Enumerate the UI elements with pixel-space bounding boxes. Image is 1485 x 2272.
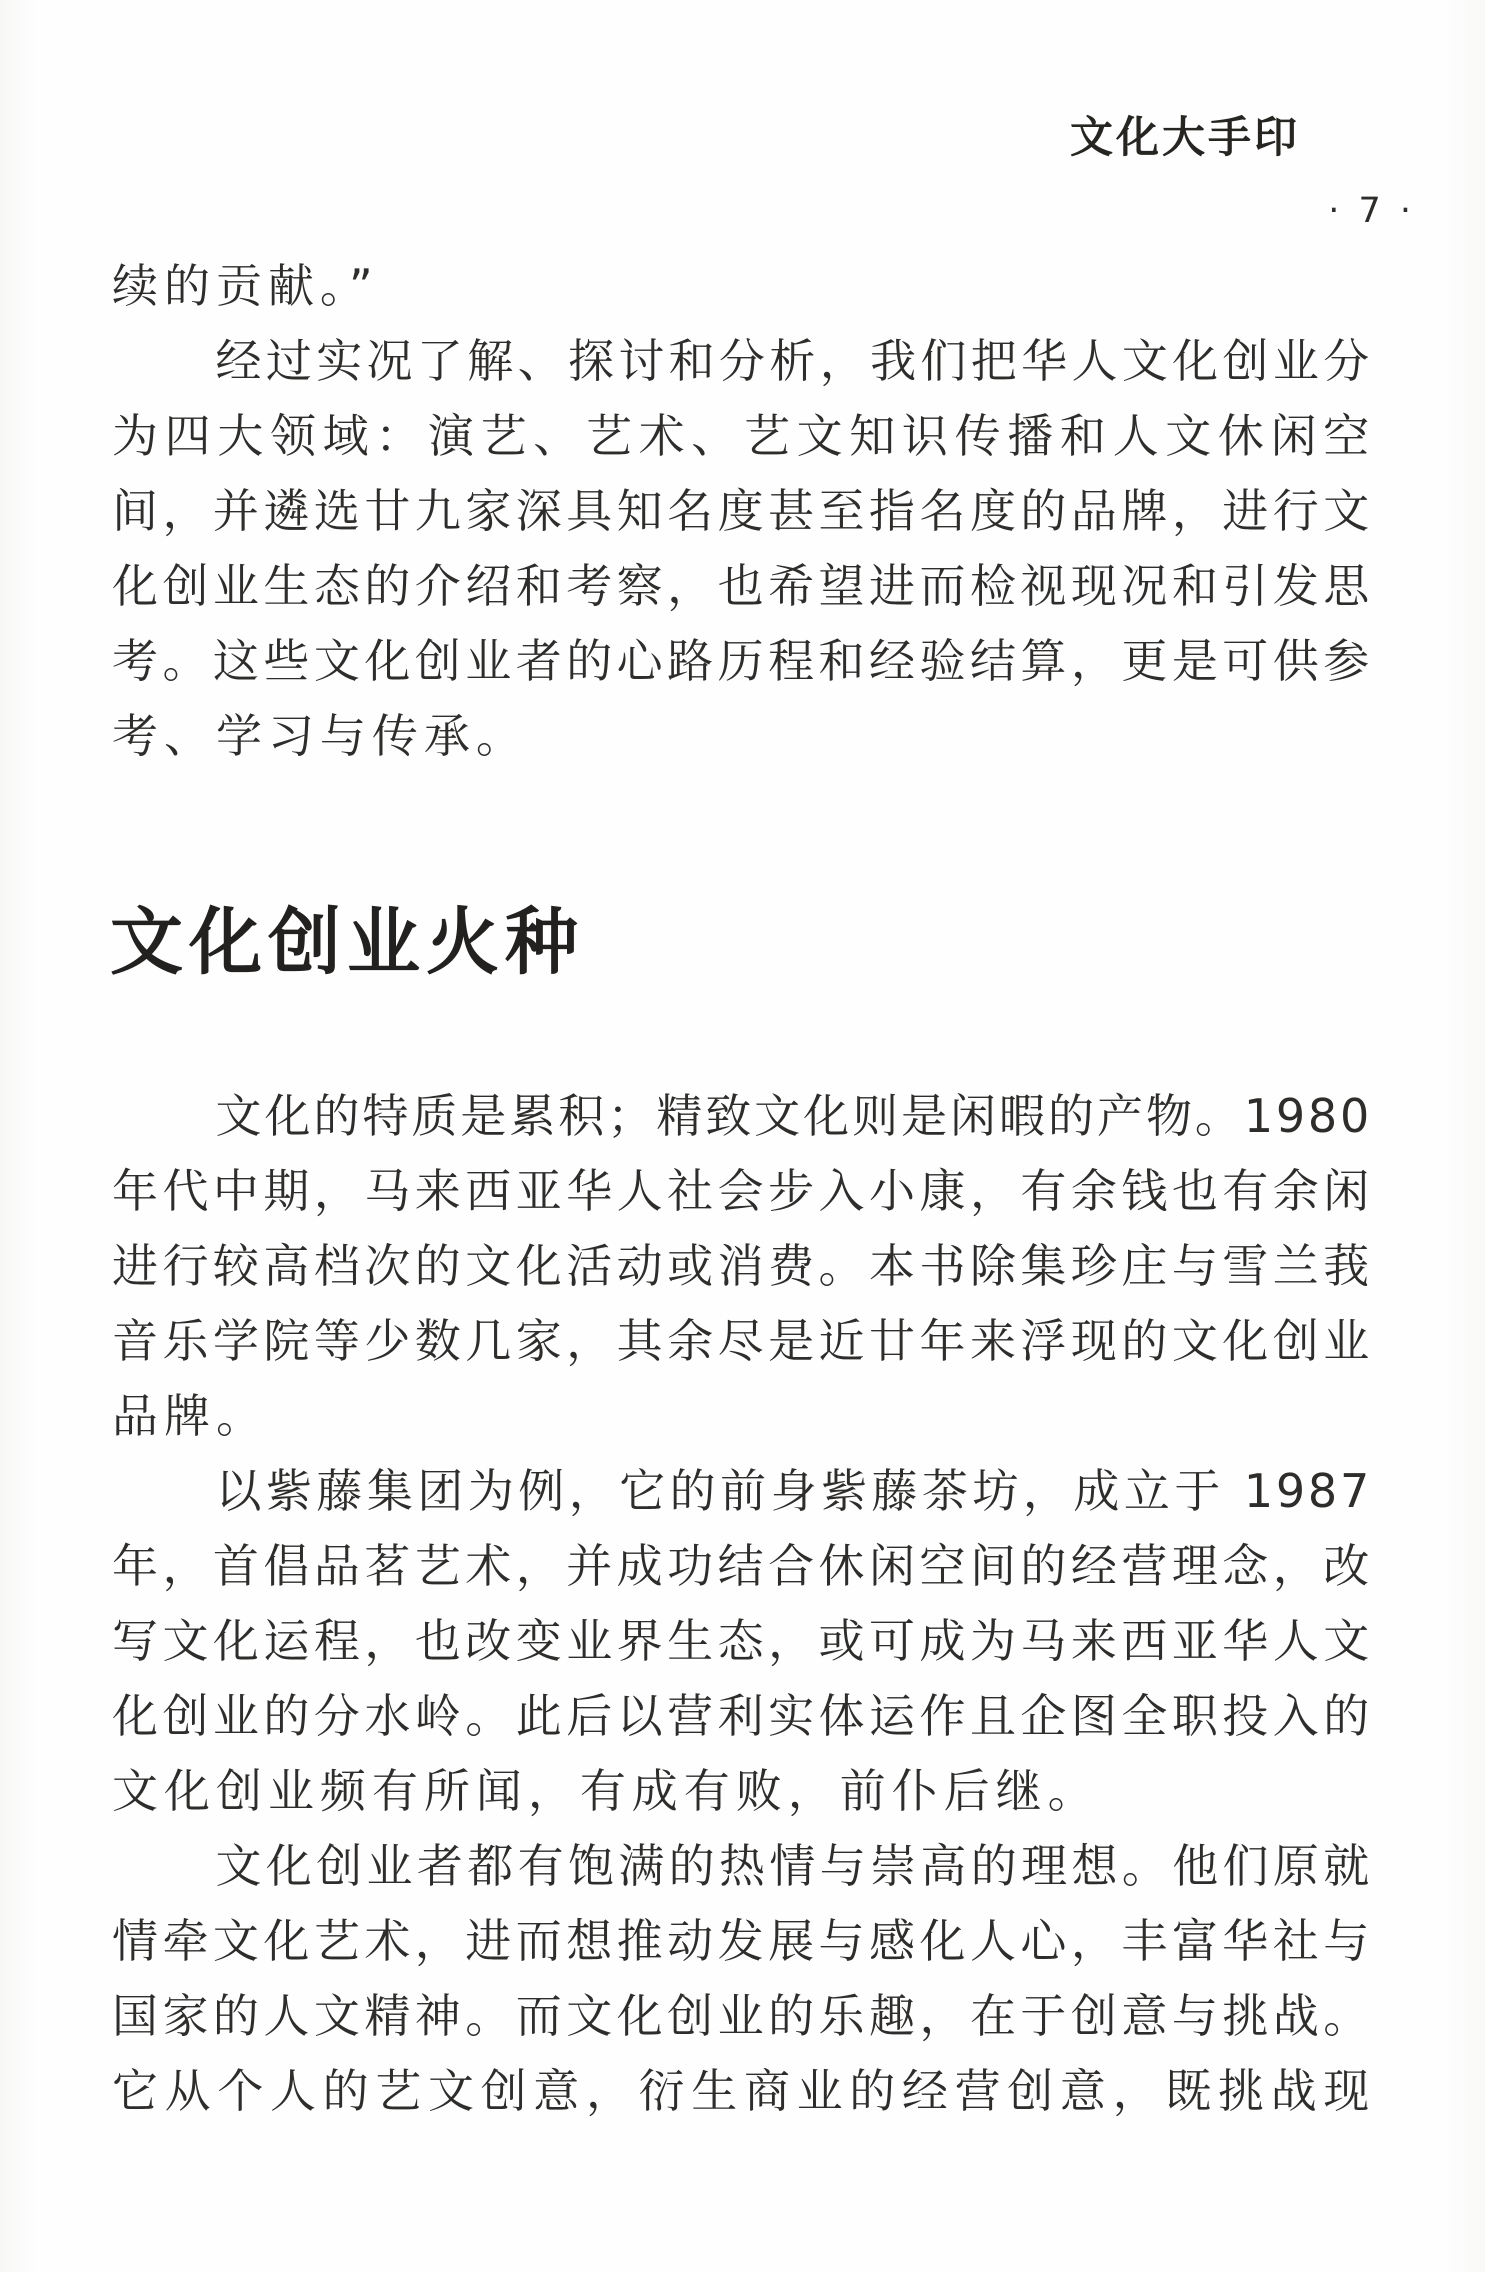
text-line: 文化创业者都有饱满的热情与崇高的理想。他们原就 xyxy=(112,1829,1372,1904)
text-line: 写文化运程，也改变业界生态，或可成为马来西亚华人文 xyxy=(112,1604,1372,1679)
text-line: 经过实况了解、探讨和分析，我们把华人文化创业分 xyxy=(112,324,1372,399)
text-line: 音乐学院等少数几家，其余尽是近廿年来浮现的文化创业 xyxy=(112,1304,1372,1379)
page-number: · 7 · xyxy=(1328,190,1415,232)
text-line: 以紫藤集团为例，它的前身紫藤茶坊，成立于 1987 xyxy=(112,1454,1372,1529)
text-line: 年代中期，马来西亚华人社会步入小康，有余钱也有余闲 xyxy=(112,1154,1372,1229)
text-line: 化创业的分水岭。此后以营利实体运作且企图全职投入的 xyxy=(112,1679,1372,1754)
text-line: 国家的人文精神。而文化创业的乐趣，在于创意与挑战。 xyxy=(112,1979,1372,2054)
text-line: 情牵文化艺术，进而想推动发展与感化人心，丰富华社与 xyxy=(112,1904,1372,1979)
text-line: 续的贡献。” xyxy=(112,249,1372,324)
text-line: 间，并遴选廿九家深具知名度甚至指名度的品牌，进行文 xyxy=(112,474,1372,549)
section-paragraphs: 文化的特质是累积；精致文化则是闲暇的产物。1980 年代中期，马来西亚华人社会步… xyxy=(112,1079,1372,2129)
text-line: 品牌。 xyxy=(112,1379,1372,1454)
text-line: 年，首倡品茗艺术，并成功结合休闲空间的经营理念，改 xyxy=(112,1529,1372,1604)
running-header-title: 文化大手印 xyxy=(1070,112,1300,164)
text-line: 它从个人的艺文创意，衍生商业的经营创意，既挑战现 xyxy=(112,2054,1372,2129)
text-line: 文化创业频有所闻，有成有败，前仆后继。 xyxy=(112,1754,1372,1829)
text-line: 考。这些文化创业者的心路历程和经验结算，更是可供参 xyxy=(112,624,1372,699)
text-line: 化创业生态的介绍和考察，也希望进而检视现况和引发思 xyxy=(112,549,1372,624)
section-heading: 文化创业火种 xyxy=(110,898,584,988)
text-line: 文化的特质是累积；精致文化则是闲暇的产物。1980 xyxy=(112,1079,1372,1154)
intro-paragraphs: 续的贡献。” 经过实况了解、探讨和分析，我们把华人文化创业分 为四大领域：演艺、… xyxy=(112,249,1372,774)
text-line: 为四大领域：演艺、艺术、艺文知识传播和人文休闲空 xyxy=(112,399,1372,474)
text-line: 考、学习与传承。 xyxy=(112,699,1372,774)
text-line: 进行较高档次的文化活动或消费。本书除集珍庄与雪兰莪 xyxy=(112,1229,1372,1304)
book-page: 文化大手印 · 7 · 续的贡献。” 经过实况了解、探讨和分析，我们把华人文化创… xyxy=(0,0,1485,2272)
